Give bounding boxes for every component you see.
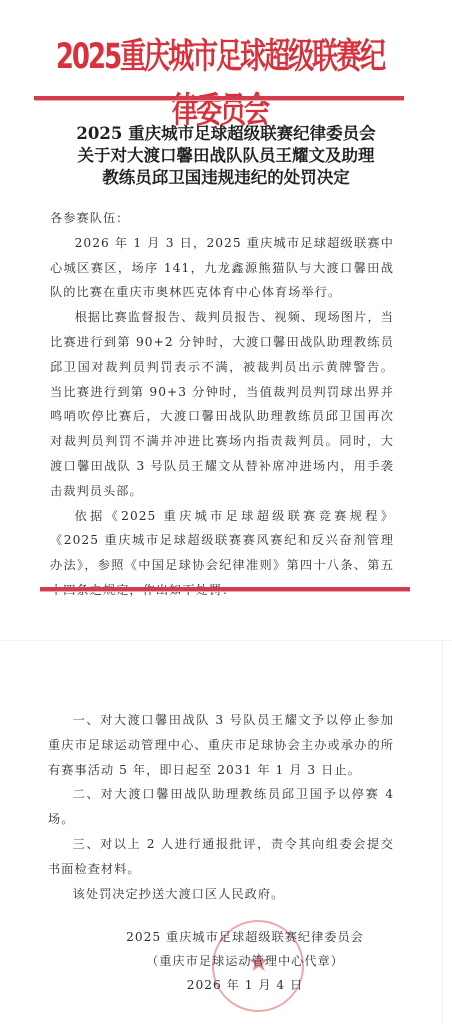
- penalty-item-1: 一、对大渡口馨田战队 3 号队员王耀文予以停止参加重庆市足球运动管理中心、重庆市…: [48, 708, 394, 782]
- signature-seal-note: （重庆市足球运动管理中心代章）: [120, 949, 370, 973]
- masthead: 2025重庆城市足球超级联赛纪律委员会: [0, 0, 452, 110]
- document-title-line: 2025 重庆城市足球超级联赛纪律委员会: [0, 123, 452, 145]
- signature-block: 2025 重庆城市足球超级联赛纪律委员会 （重庆市足球运动管理中心代章） 202…: [120, 925, 370, 997]
- section-red-rule: [40, 587, 410, 591]
- masthead-red-rule: [34, 96, 404, 100]
- paragraph-match-info: 2026 年 1 月 3 日，2025 重庆城市足球超级联赛中心城区赛区，场序 …: [50, 231, 394, 305]
- penalty-list: 一、对大渡口馨田战队 3 号队员王耀文予以停止参加重庆市足球运动管理中心、重庆市…: [48, 708, 394, 906]
- masthead-title: 2025重庆城市足球超级联赛纪律委员会: [50, 30, 390, 138]
- signature-date: 2026 年 1 月 4 日: [120, 973, 370, 997]
- page-divider: [0, 640, 452, 641]
- document-title: 2025 重庆城市足球超级联赛纪律委员会 关于对大渡口馨田战队队员王耀文及助理 …: [0, 123, 452, 189]
- cc-note: 该处罚决定抄送大渡口区人民政府。: [48, 882, 394, 907]
- paragraph-incident: 根据比赛监督报告、裁判员报告、视频、现场图片，当比赛进行到第 90+2 分钟时，…: [50, 305, 394, 503]
- document-body: 各参赛队伍： 2026 年 1 月 3 日，2025 重庆城市足球超级联赛中心城…: [50, 206, 394, 603]
- signature-org: 2025 重庆城市足球超级联赛纪律委员会: [120, 925, 370, 949]
- penalty-item-3: 三、对以上 2 人进行通报批评，责令其向组委会提交书面检查材料。: [48, 832, 394, 882]
- document-title-line: 关于对大渡口馨田战队队员王耀文及助理: [0, 145, 452, 167]
- penalty-item-2: 二、对大渡口馨田战队助理教练员邱卫国予以停赛 4 场。: [48, 782, 394, 832]
- salutation: 各参赛队伍：: [50, 206, 394, 231]
- document-title-line: 教练员邱卫国违规违纪的处罚决定: [0, 167, 452, 189]
- page-edge: [442, 640, 443, 1024]
